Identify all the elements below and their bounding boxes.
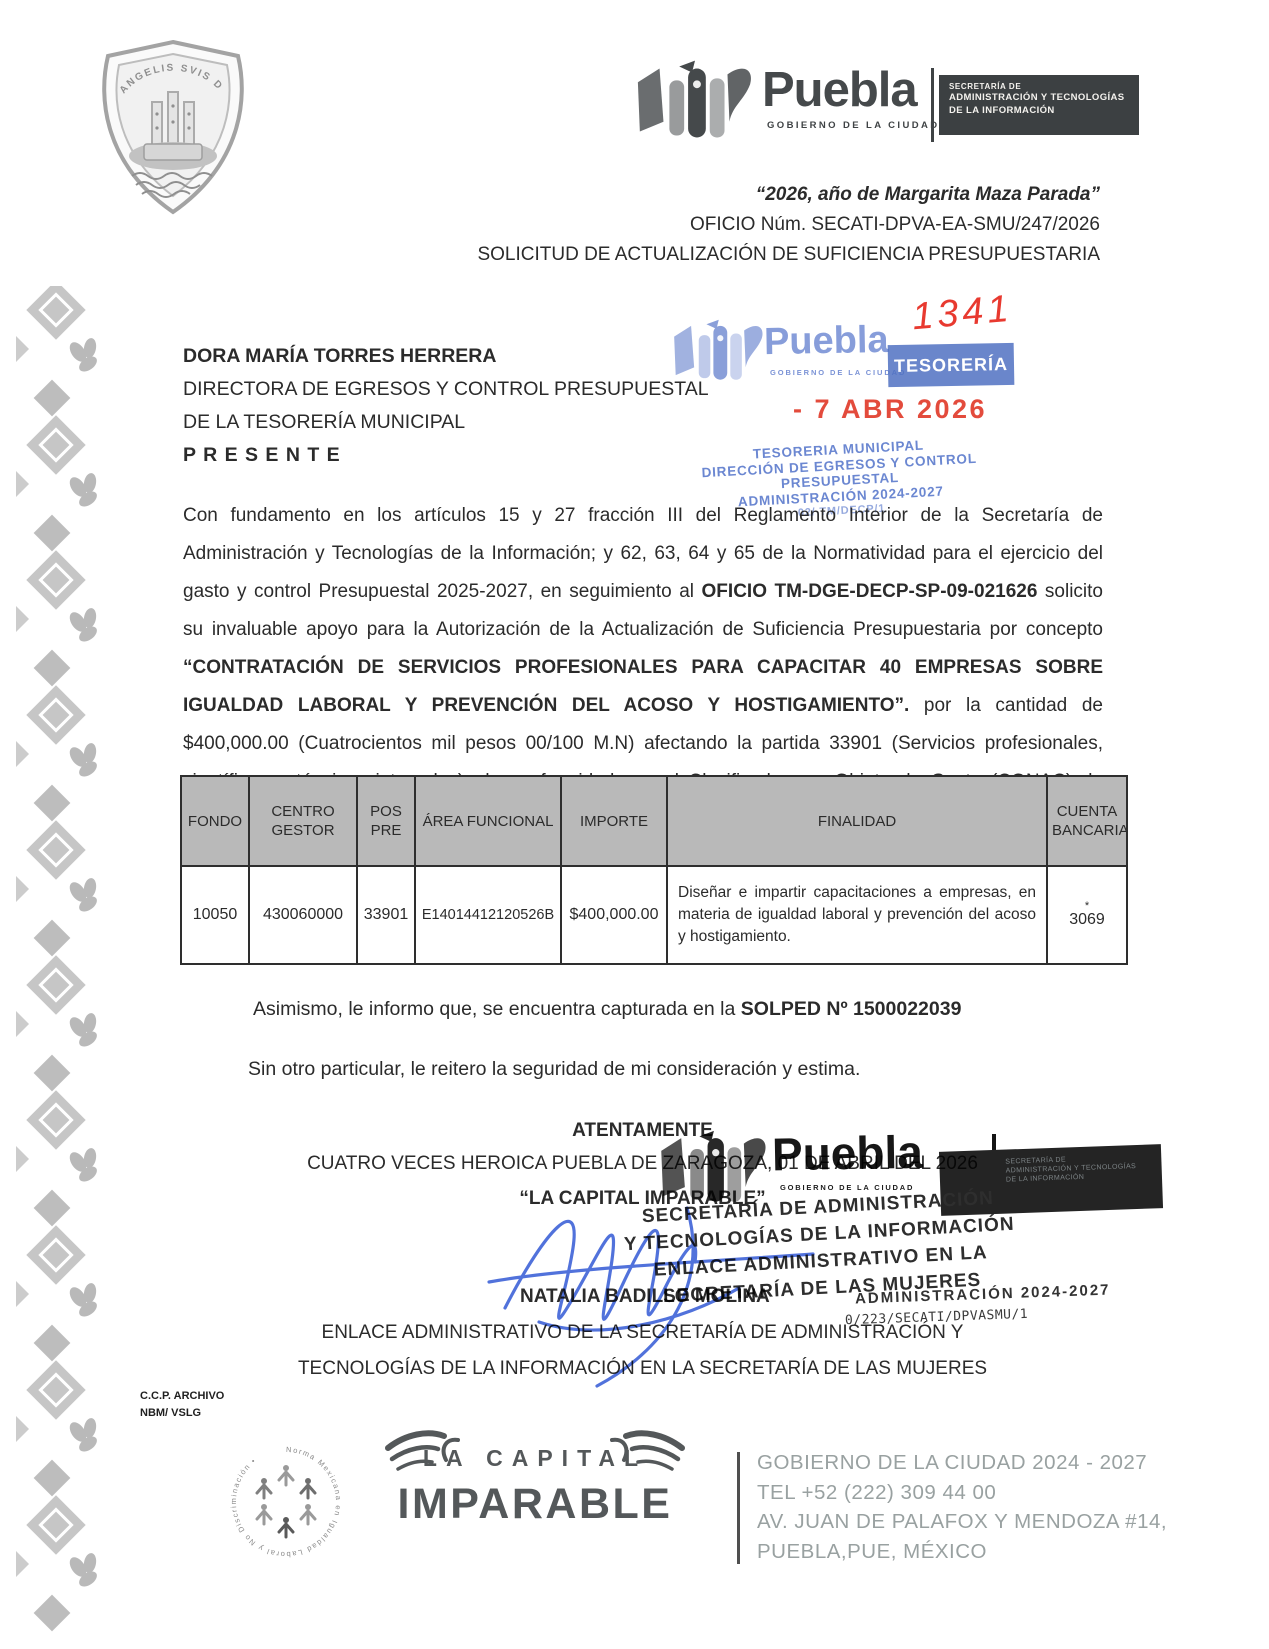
signature-scribble [475,1170,895,1400]
capital-logo-line2: IMPARABLE [398,1480,673,1528]
addressee-name: DORA MARÍA TORRES HERRERA [183,340,709,373]
addressee-title: DE LA TESORERÍA MUNICIPAL [183,406,709,439]
stamp-wordmark: Puebla [764,319,889,364]
nmx-equality-seal: Norma Mexicana en Igualdad Laboral y No … [222,1438,350,1566]
cell-importe: $400,000.00 [561,866,667,964]
stamp-tagline: GOBIERNO DE LA CIUDAD [770,368,906,377]
col-centro-gestor: CENTRO GESTOR [249,776,357,866]
cell-area-funcional: E14014412120526B [415,866,561,964]
seal-text: Norma Mexicana en Igualdad Laboral y No … [229,1445,343,1559]
la-capital-imparable-logo: LA CAPITAL IMPARABLE [380,1426,690,1546]
cell-cuenta-bancaria: * 3069 [1047,866,1127,964]
secretariat-line: ADMINISTRACIÓN Y TECNOLOGÍAS [949,91,1139,104]
puebla-mark-icon [630,56,758,148]
scanned-letter-page: ANGELIS SVIS DEVS Puebla GOBIERNO DE LA … [0,0,1269,1649]
budget-table: FONDO CENTRO GESTOR POS PRE ÁREA FUNCION… [180,775,1128,965]
cell-fondo: 10050 [181,866,249,964]
cell-pos-pre: 33901 [357,866,415,964]
solped-number-bold: SOLPED Nº 1500022039 [741,998,962,1020]
col-pos-pre: POS PRE [357,776,415,866]
folio-number: 1341 [910,288,1014,340]
col-finalidad: FINALIDAD [667,776,1047,866]
col-cuenta-bancaria: CUENTA BANCARIA [1047,776,1127,866]
solped-line: Asimismo, le informo que, se encuentra c… [253,998,961,1021]
table-header-row: FONDO CENTRO GESTOR POS PRE ÁREA FUNCION… [181,776,1127,866]
year-legend: “2026, año de Margarita Maza Parada” [477,180,1100,210]
col-importe: IMPORTE [561,776,667,866]
col-fondo: FONDO [181,776,249,866]
subject-line: SOLICITUD DE ACTUALIZACIÓN DE SUFICIENCI… [477,240,1100,270]
table-row: 10050 430060000 33901 E14014412120526B $… [181,866,1127,964]
seal-figures [257,1465,315,1537]
ccp-note: C.C.P. ARCHIVO NBM/ VSLG [140,1388,224,1422]
date-stamp: - 7 ABR 2026 [750,394,1030,425]
cuenta-note: * [1052,901,1122,911]
brand-wordmark: Puebla [762,62,917,118]
puebla-header-logo: Puebla GOBIERNO DE LA CIUDAD SECRETARÍA … [630,56,1145,156]
talavera-border-pattern [16,286,108,1636]
cell-finalidad: Diseñar e impartir capacitaciones a empr… [667,866,1047,964]
city-shield-logo: ANGELIS SVIS DEVS [92,36,254,220]
brand-divider [931,68,934,142]
tesoreria-box: TESORERÍA [888,343,1015,387]
contact-divider-bar [737,1452,740,1564]
secretariat-box: SECRETARÍA DE ADMINISTRACIÓN Y TECNOLOGÍ… [939,75,1139,135]
reference-block: “2026, año de Margarita Maza Parada” OFI… [477,180,1100,270]
oficio-ref-bold: OFICIO TM-DGE-DECP-SP-09-021626 [702,581,1038,602]
addressee-salutation: P R E S E N T E [183,439,709,472]
addressee-title: DIRECTORA DE EGRESOS Y CONTROL PRESUPUES… [183,373,709,406]
secretariat-line: DE LA INFORMACIÓN [949,104,1139,117]
capital-logo-line1: LA CAPITAL [423,1445,647,1471]
brand-tagline: GOBIERNO DE LA CIUDAD [767,120,940,131]
cell-centro-gestor: 430060000 [249,866,357,964]
puebla-mark-icon [668,314,768,390]
addressee-block: DORA MARÍA TORRES HERRERA DIRECTORA DE E… [183,340,709,472]
oficio-number: OFICIO Núm. SECATI-DPVA-EA-SMU/247/2026 [477,210,1100,240]
farewell-line: Sin otro particular, le reitero la segur… [248,1058,860,1081]
contact-info: GOBIERNO DE LA CIUDAD 2024 - 2027 TEL +5… [757,1448,1167,1566]
secretariat-line: SECRETARÍA DE [949,82,1139,91]
col-area-funcional: ÁREA FUNCIONAL [415,776,561,866]
svg-text:Norma Mexicana en Igualdad Lab: Norma Mexicana en Igualdad Laboral y No … [229,1445,343,1559]
